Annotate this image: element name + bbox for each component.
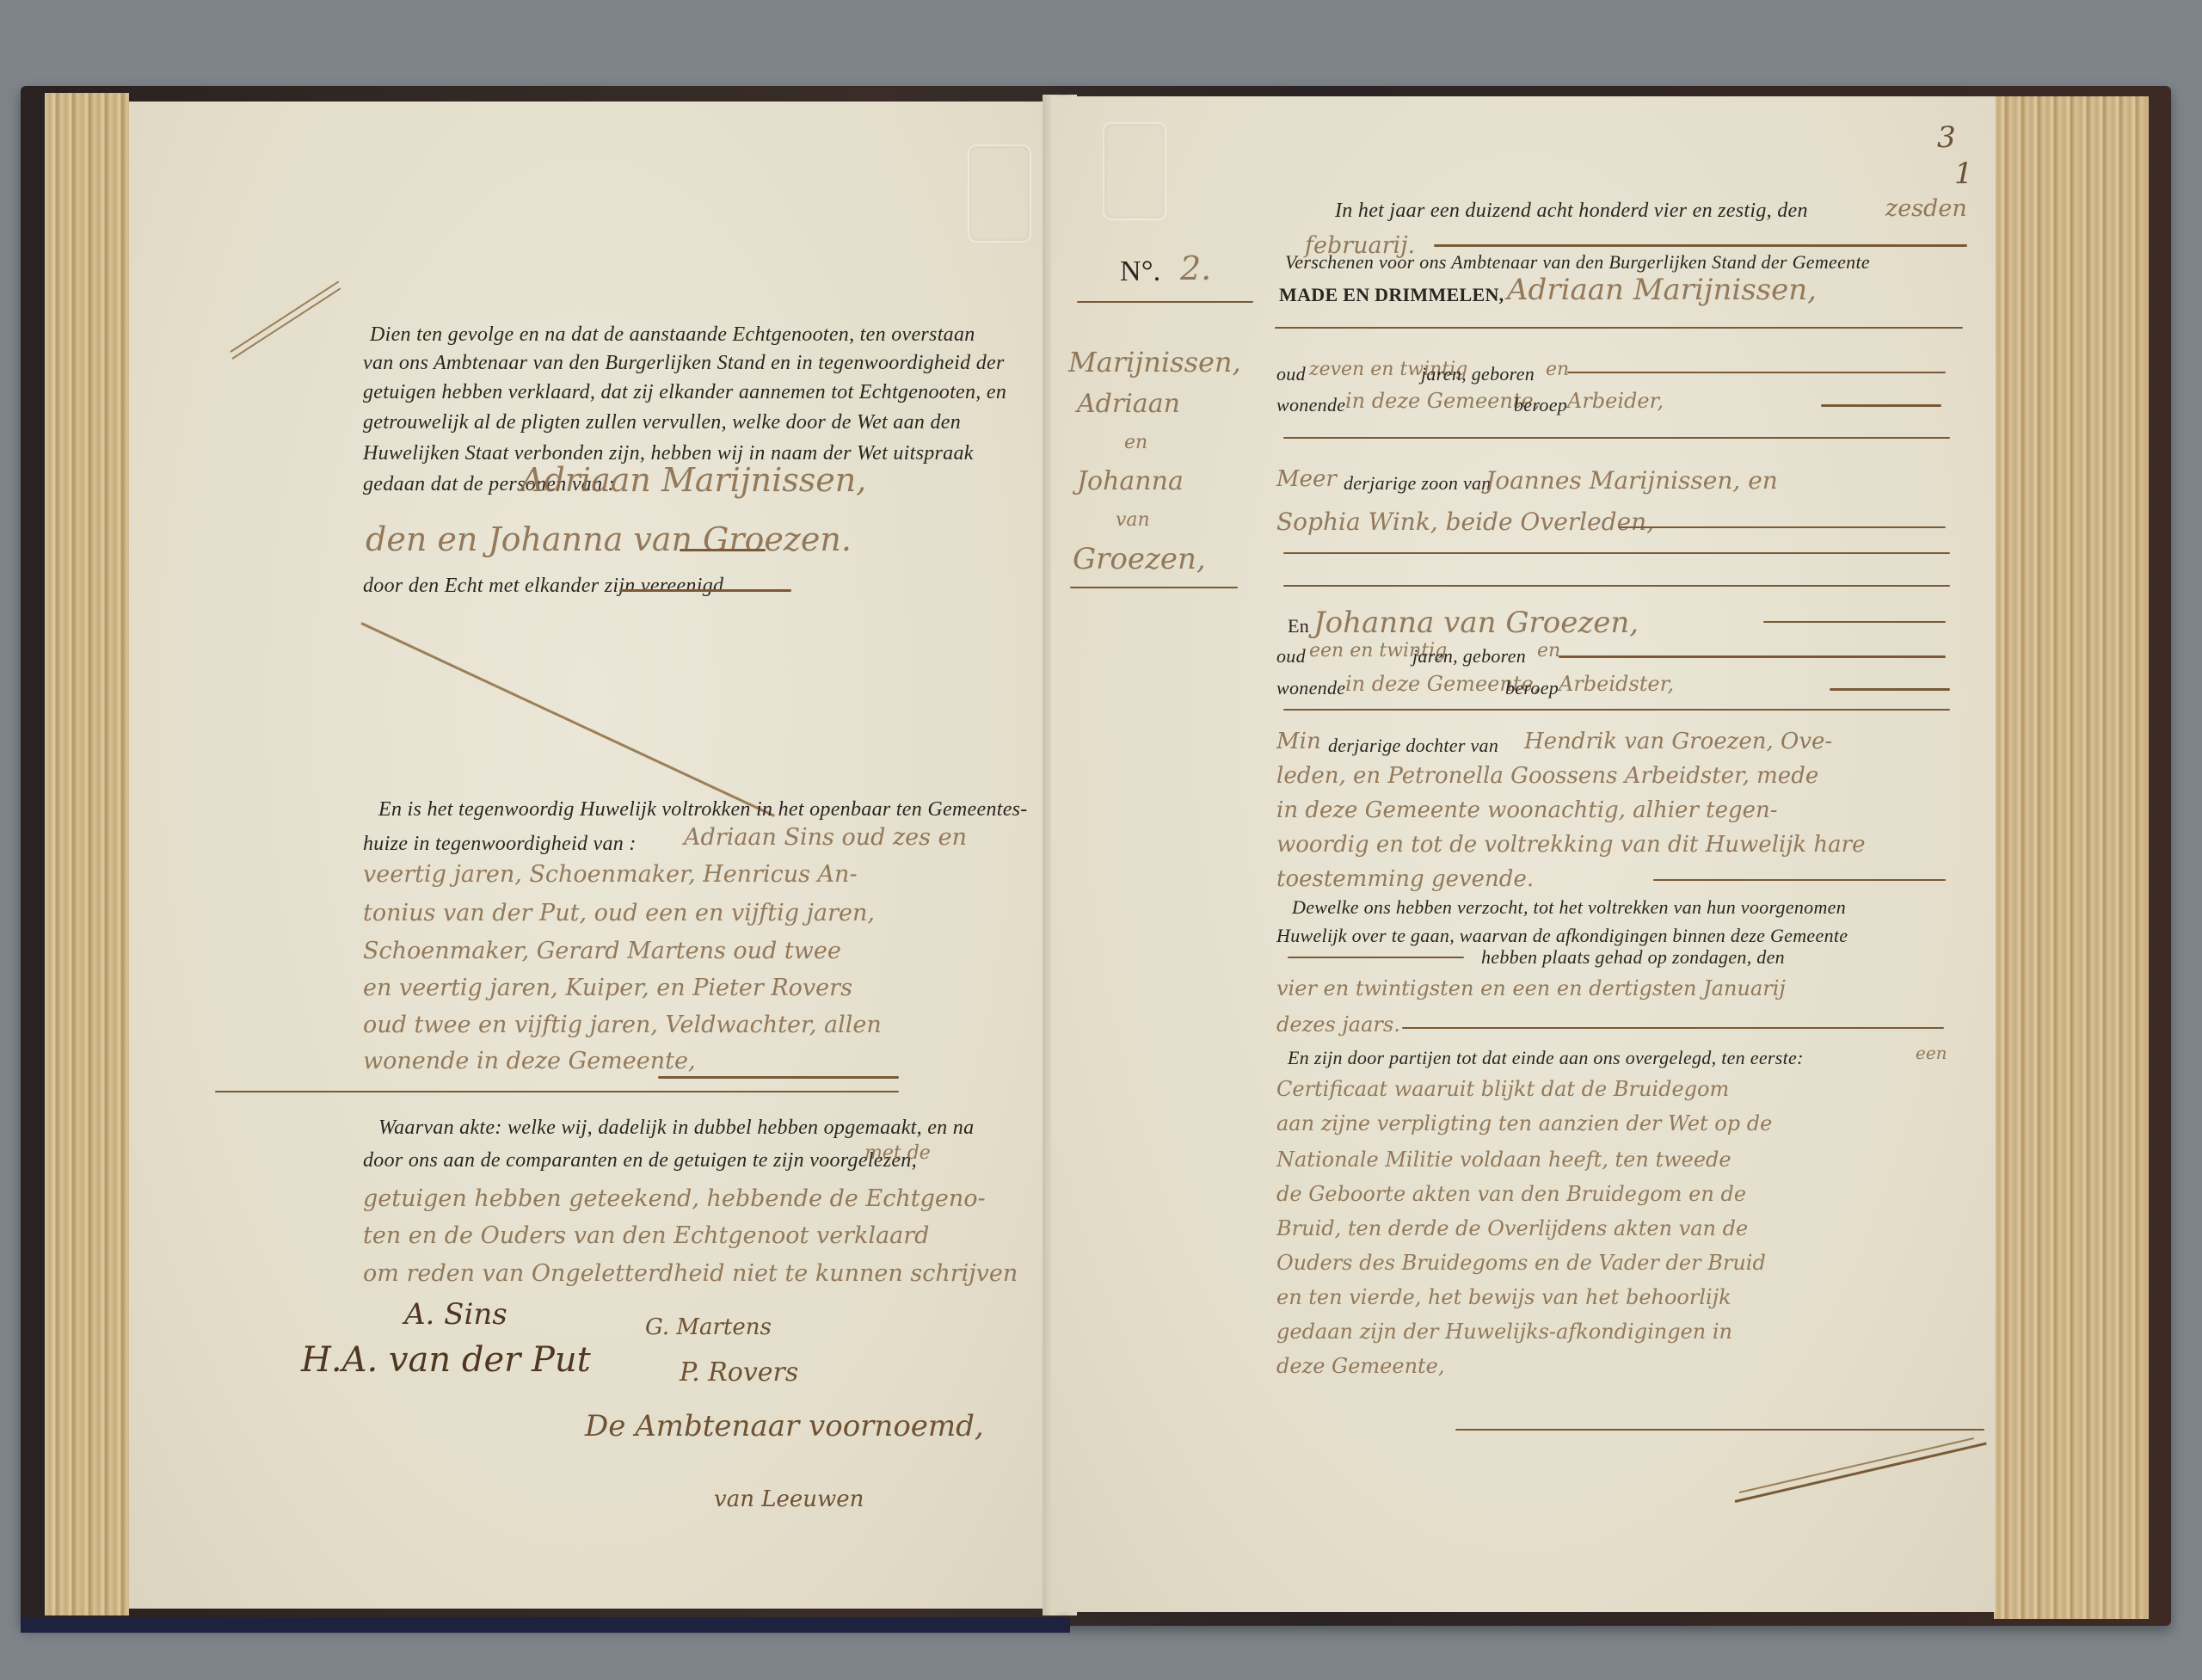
print-line: Waarvan akte: welke wij, dadelijk in dub… xyxy=(378,1117,974,1140)
handwritten-witness: oud twee en vijftig jaren, Veldwachter, … xyxy=(363,1012,882,1038)
docs-note: en ten vierde, het bewijs van het behoor… xyxy=(1276,1285,1731,1309)
bride-parents: toestemming gevende. xyxy=(1276,866,1534,892)
docs-note: een xyxy=(1916,1043,1947,1063)
label-beroep: beroep xyxy=(1514,394,1567,416)
handwritten-witness: Schoenmaker, Gerard Martens oud twee xyxy=(363,938,841,964)
handwritten-witness: veertig jaren, Schoenmaker, Henricus An- xyxy=(363,861,858,888)
margin-name: van xyxy=(1116,509,1150,531)
banns-year: dezes jaars. xyxy=(1276,1012,1400,1037)
embossed-seal xyxy=(1103,122,1166,220)
fill-rule xyxy=(680,549,766,551)
label-dochter-van: derjarige dochter van xyxy=(1328,735,1498,757)
fill-rule xyxy=(1283,709,1950,711)
embossed-seal xyxy=(968,145,1031,243)
label-jaren-geboren: jaren, geboren xyxy=(1421,363,1535,385)
fill-rule xyxy=(1619,526,1946,528)
prefix-meer: Meer xyxy=(1276,466,1337,492)
print-line: getrouwelijk al de pligten zullen vervul… xyxy=(363,411,961,434)
fill-rule xyxy=(1455,1429,1984,1431)
diagonal-stroke xyxy=(231,287,341,359)
fill-rule xyxy=(1283,552,1950,554)
fill-rule xyxy=(1653,879,1946,881)
signature-sins: A. Sins xyxy=(404,1297,507,1332)
handwritten-note: ten en de Ouders van den Echtgenoot verk… xyxy=(363,1222,929,1249)
docs-note: aan zijne verpligting ten aanzien der We… xyxy=(1276,1111,1772,1135)
handwritten-note: met de xyxy=(864,1142,931,1164)
folio-mark: 1 xyxy=(1954,157,1973,191)
signature-rovers: P. Rovers xyxy=(680,1357,798,1388)
docs-note: de Geboorte akten van den Bruidegom en d… xyxy=(1276,1182,1746,1206)
bride-parents: in deze Gemeente woonachtig, alhier tege… xyxy=(1276,797,1778,823)
page-number: 3 xyxy=(1937,120,1956,155)
docs-note: gedaan zijn der Huwelijks-afkondigingen … xyxy=(1276,1320,1732,1344)
margin-name: Adriaan xyxy=(1077,389,1180,419)
bride-parents: Hendrik van Groezen, Ove- xyxy=(1524,729,1832,754)
fill-rule xyxy=(658,1076,899,1079)
right-page: 3 1 In het jaar een duizend acht honderd… xyxy=(1051,96,1996,1612)
groom-born: en xyxy=(1546,359,1569,380)
bride-parents: leden, en Petronella Goossens Arbeidster… xyxy=(1276,763,1818,789)
number-label: N°. xyxy=(1120,255,1161,288)
print-line: van ons Ambtenaar van den Burgerlijken S… xyxy=(363,352,1005,375)
fill-rule xyxy=(619,589,791,592)
print-line: door den Echt met elkander zijn vereenig… xyxy=(363,575,729,598)
signature-martens: G. Martens xyxy=(645,1314,772,1340)
docs-note: Ouders des Bruidegoms en de Vader der Br… xyxy=(1276,1251,1766,1275)
fill-rule xyxy=(1434,244,1967,247)
book-cover-blue-edge xyxy=(21,1617,1070,1633)
bride-born: en xyxy=(1537,640,1560,662)
cancel-diagonal xyxy=(360,622,775,817)
handwritten-bride-name: Johanna van Groezen, xyxy=(1313,606,1639,640)
right-page-stack xyxy=(1994,96,2149,1619)
fill-rule xyxy=(1275,327,1963,329)
print-line: Dewelke ons hebben verzocht, tot het vol… xyxy=(1292,896,1846,919)
fill-rule xyxy=(1288,957,1464,958)
margin-name: Groezen, xyxy=(1073,542,1206,576)
fill-rule xyxy=(1402,1027,1944,1029)
docs-note: Nationale Militie voldaan heeft, ten twe… xyxy=(1276,1148,1731,1172)
signature-van-der-put: H.A. van der Put xyxy=(301,1340,591,1380)
handwritten-groom: Adriaan Marijnissen, xyxy=(520,461,866,499)
left-page-stack xyxy=(45,93,129,1615)
label-beroep: beroep xyxy=(1505,677,1559,699)
handwritten-witness: tonius van der Put, oud een en vijftig j… xyxy=(363,900,875,926)
left-page: Dien ten gevolge en na dat de aanstaande… xyxy=(129,102,1048,1609)
fill-rule xyxy=(1567,372,1946,373)
number-rule xyxy=(1077,301,1253,303)
print-line: En zijn door partijen tot dat einde aan … xyxy=(1288,1047,1804,1069)
prefix-min: Min xyxy=(1276,729,1321,754)
groom-residence: in deze Gemeente, xyxy=(1345,389,1540,413)
fill-rule xyxy=(1763,621,1946,623)
print-line: huize in tegenwoordigheid van : xyxy=(363,833,637,856)
print-line: In het jaar een duizend acht honderd vie… xyxy=(1335,200,1808,223)
fill-rule xyxy=(1821,404,1941,407)
handwritten-bride: den en Johanna van Groezen. xyxy=(366,520,852,558)
print-line: hebben plaats gehad op zondagen, den xyxy=(1481,946,1785,969)
label-oud: oud xyxy=(1276,645,1306,668)
print-line: getuigen hebben verklaard, dat zij elkan… xyxy=(363,381,1006,404)
handwritten-witness: en veertig jaren, Kuiper, en Pieter Rove… xyxy=(363,975,852,1001)
section-rule xyxy=(215,1091,899,1092)
margin-rule xyxy=(1070,587,1238,588)
bride-parents: woordig en tot de voltrekking van dit Hu… xyxy=(1276,832,1865,858)
groom-parents: Sophia Wink, beide Overleden, xyxy=(1276,508,1654,536)
docs-note: Certificaat waaruit blijkt dat de Bruide… xyxy=(1276,1077,1729,1101)
label-zoon-van: derjarige zoon van xyxy=(1344,472,1492,495)
closing-stroke xyxy=(1735,1443,1987,1503)
print-line: En is het tegenwoordig Huwelijk voltrokk… xyxy=(378,798,1028,822)
handwritten-day: zesden xyxy=(1885,195,1967,222)
groom-parents: Joannes Marijnissen, en xyxy=(1485,466,1778,495)
act-number: 2. xyxy=(1180,249,1211,287)
handwritten-note: getuigen hebben geteekend, hebbende de E… xyxy=(363,1185,986,1212)
handwritten-witness: wonende in deze Gemeente, xyxy=(363,1048,696,1074)
fill-rule xyxy=(1283,437,1950,439)
print-line: door ons aan de comparanten en de getuig… xyxy=(363,1149,917,1172)
margin-name: en xyxy=(1124,432,1147,453)
fill-rule xyxy=(1830,688,1950,691)
handwritten-note: om reden van Ongeletterdheid niet te kun… xyxy=(363,1260,1018,1287)
margin-name: Marijnissen, xyxy=(1068,346,1241,378)
fill-rule xyxy=(1559,655,1946,658)
banns-dates: vier en twintigsten en een en dertigsten… xyxy=(1276,976,1786,1000)
handwritten-groom-name: Adriaan Marijnissen, xyxy=(1507,273,1817,307)
label-wonende: wonende xyxy=(1276,394,1345,416)
print-line: Dien ten gevolge en na dat de aanstaande… xyxy=(370,323,975,347)
margin-name: Johanna xyxy=(1077,466,1184,496)
signature-registrar: van Leeuwen xyxy=(714,1486,864,1512)
label-wonende: wonende xyxy=(1276,677,1345,699)
fill-rule xyxy=(1283,585,1950,587)
bride-occupation: Arbeidster, xyxy=(1559,672,1674,696)
label-jaren-geboren: jaren, geboren xyxy=(1412,645,1526,668)
groom-occupation: Arbeider, xyxy=(1567,389,1664,413)
closing-stroke xyxy=(1739,1437,1974,1493)
label-en: En xyxy=(1288,615,1309,637)
diagonal-stroke xyxy=(230,280,339,352)
docs-note: deze Gemeente, xyxy=(1276,1354,1445,1378)
docs-note: Bruid, ten derde de Overlijdens akten va… xyxy=(1276,1216,1748,1240)
handwritten-witness: Adriaan Sins oud zes en xyxy=(684,824,967,851)
registrar-label: De Ambtenaar voornoemd, xyxy=(585,1409,984,1443)
label-oud: oud xyxy=(1276,363,1306,385)
municipality-name: MADE EN DRIMMELEN, xyxy=(1279,284,1504,306)
print-line: Verschenen voor ons Ambtenaar van den Bu… xyxy=(1285,251,1870,274)
print-line: Huwelijk over te gaan, waarvan de afkond… xyxy=(1276,925,1848,947)
